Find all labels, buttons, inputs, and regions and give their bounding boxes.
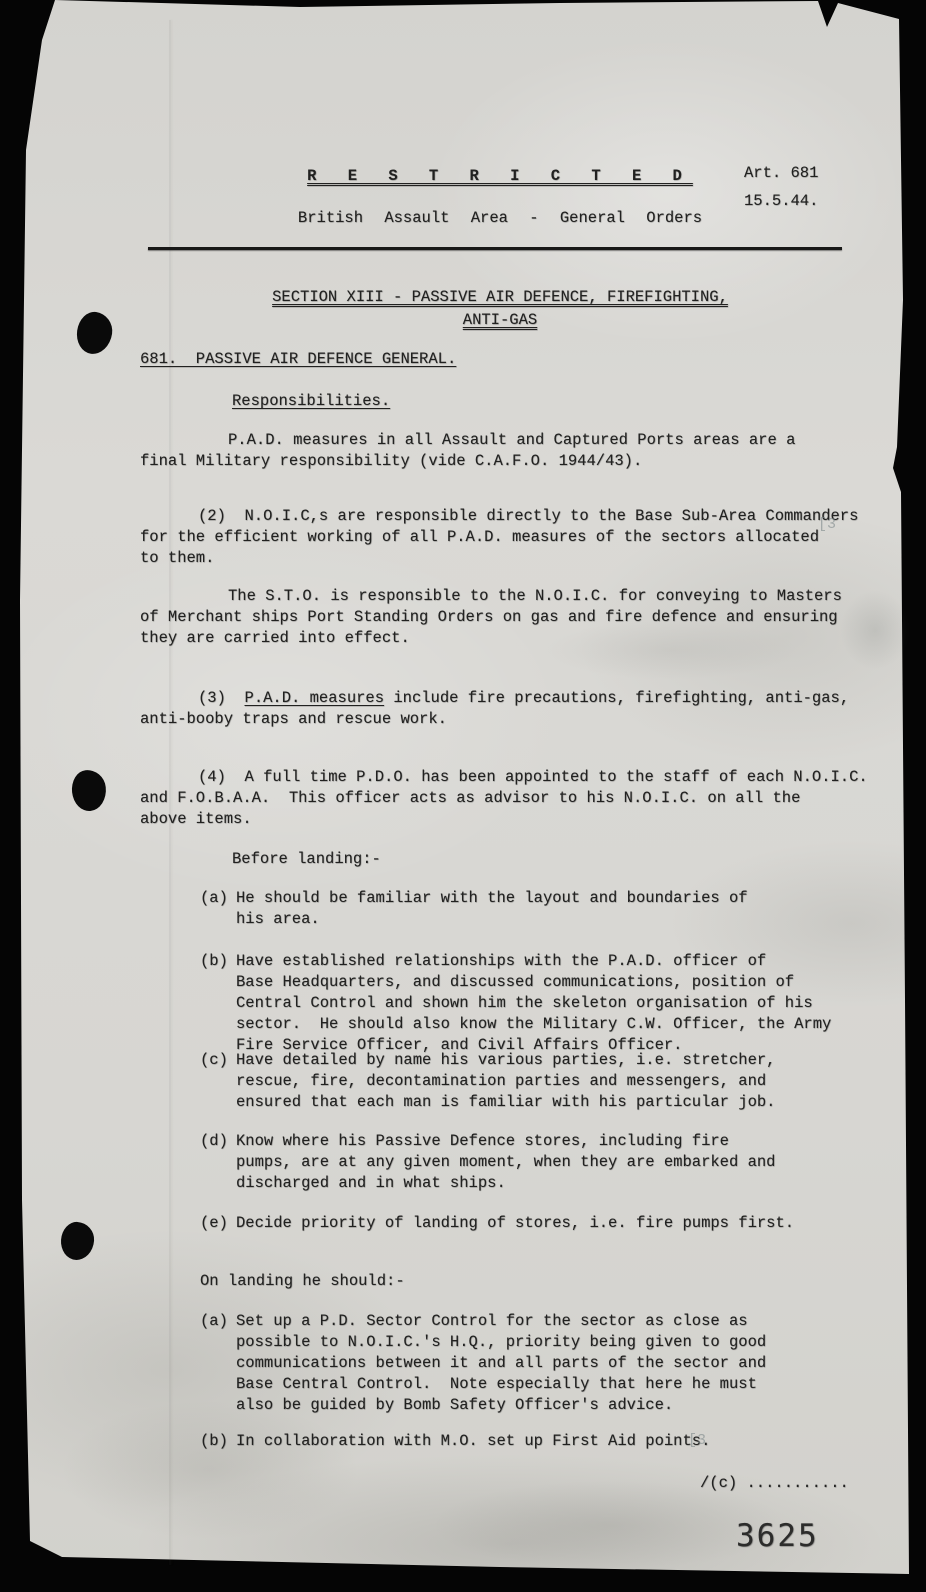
list-item-text: Have detailed by name his various partie… — [236, 1050, 880, 1113]
article-heading-text: 681. PASSIVE AIR DEFENCE GENERAL. — [140, 350, 456, 368]
continuation-mark: /(c) ........... — [700, 1473, 849, 1494]
list-item-text: Have established relationships with the … — [236, 951, 880, 1056]
before-landing-label: Before landing:- — [232, 849, 381, 870]
list-item-marker: (c) — [200, 1050, 236, 1113]
divider-rule — [148, 247, 842, 250]
list-item-marker: (b) — [200, 951, 236, 1056]
list-item-e: (e) Decide priority of landing of stores… — [200, 1213, 880, 1234]
article-heading: 681. PASSIVE AIR DEFENCE GENERAL. — [140, 349, 456, 370]
list-item-text: Decide priority of landing of stores, i.… — [236, 1213, 880, 1234]
list-item-b2: (b) In collaboration with M.O. set up Fi… — [200, 1431, 880, 1452]
scanned-document-page: { "document": { "classification": "R E S… — [0, 0, 926, 1592]
list-item-marker: (e) — [200, 1213, 236, 1234]
paragraph-1: P.A.D. measures in all Assault and Captu… — [140, 430, 870, 472]
list-item-text: He should be familiar with the layout an… — [236, 888, 880, 930]
paragraph-4: (3) P.A.D. measures include fire precaut… — [140, 688, 880, 730]
paragraph-5: (4) A full time P.D.O. has been appointe… — [140, 767, 880, 830]
list-item-c: (c) Have detailed by name his various pa… — [200, 1050, 880, 1113]
article-reference: Art. 681 — [744, 163, 818, 184]
on-landing-label: On landing he should:- — [200, 1271, 405, 1292]
list-item-marker: (b) — [200, 1431, 236, 1452]
list-item-a: (a) He should be familiar with the layou… — [200, 888, 880, 930]
section-heading-line1: SECTION XIII - PASSIVE AIR DEFENCE, FIRE… — [140, 287, 860, 308]
section-heading-text: ANTI-GAS — [463, 311, 537, 329]
section-heading-line2: ANTI-GAS — [140, 310, 860, 331]
list-item-marker: (a) — [200, 888, 236, 930]
subheading-responsibilities: Responsibilities. — [232, 391, 390, 412]
bleed-mark: [3 — [688, 1432, 706, 1449]
paragraph-3: The S.T.O. is responsible to the N.O.I.C… — [140, 586, 880, 649]
paragraph-4-underlined-term: P.A.D. measures — [245, 689, 385, 707]
paragraph-2: (2) N.O.I.C,s are responsible directly t… — [140, 506, 880, 569]
list-item-marker: (a) — [200, 1311, 236, 1416]
bleed-mark: [3 — [818, 516, 836, 533]
paragraph-4-number: (3) — [198, 689, 245, 707]
list-item-text: Set up a P.D. Sector Control for the sec… — [236, 1311, 880, 1416]
section-heading-text: SECTION XIII - PASSIVE AIR DEFENCE, FIRE… — [272, 288, 728, 306]
subheading-text: Responsibilities. — [232, 392, 390, 410]
list-item-text: Know where his Passive Defence stores, i… — [236, 1131, 880, 1194]
list-item-marker: (d) — [200, 1131, 236, 1194]
list-item-text: In collaboration with M.O. set up First … — [236, 1431, 880, 1452]
document-title: British Assault Area - General Orders — [140, 208, 860, 229]
page-stamp: 3625 — [736, 1518, 819, 1554]
list-item-b: (b) Have established relationships with … — [200, 951, 880, 1056]
list-item-a2: (a) Set up a P.D. Sector Control for the… — [200, 1311, 880, 1416]
list-item-d: (d) Know where his Passive Defence store… — [200, 1131, 880, 1194]
